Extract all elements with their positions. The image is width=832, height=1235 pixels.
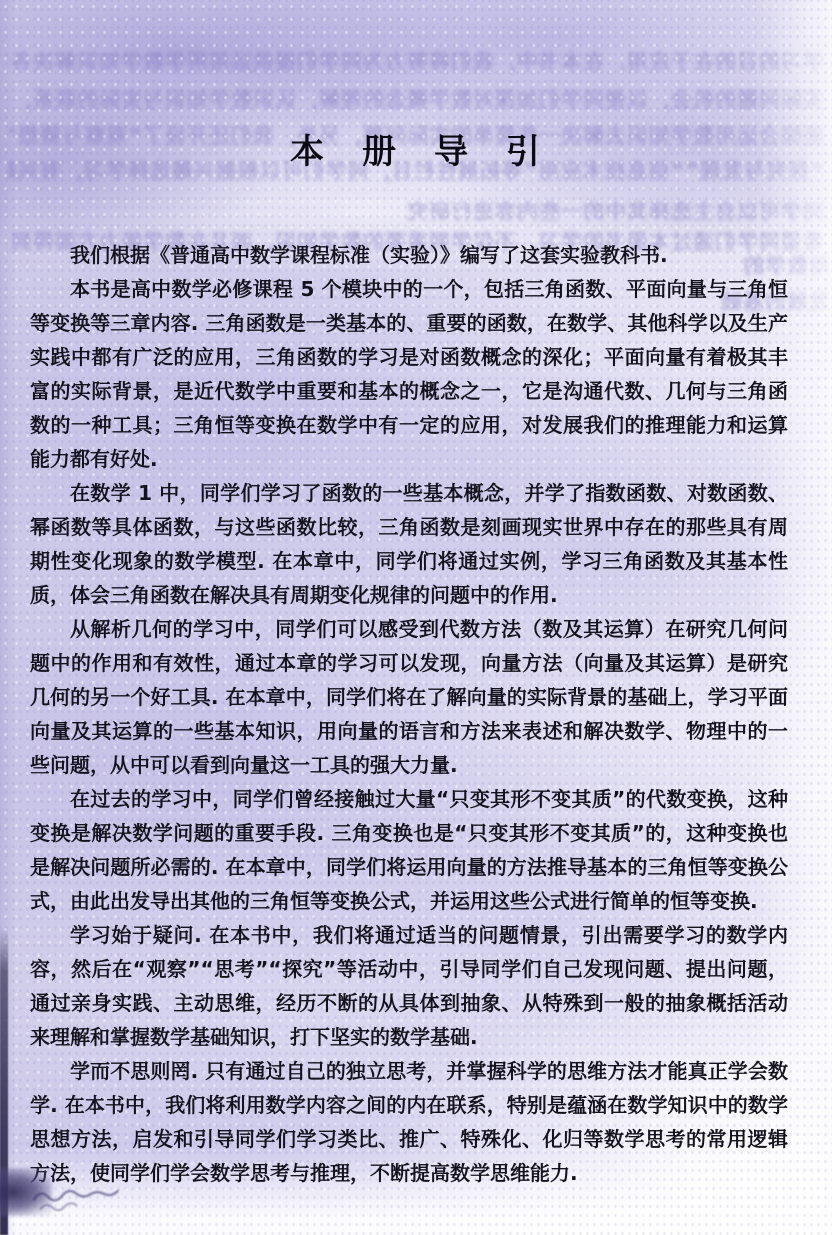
paragraph-identity-transformations: 在过去的学习中，同学们曾经接触过大量“只变其形不变其质”的代数变换，这种变换是解…: [30, 782, 788, 918]
paragraph-trigonometric-functions: 在数学 1 中，同学们学习了函数的一些基本概念，并学了指数函数、对数函数、幂函数…: [30, 476, 788, 612]
bleedthrough-text-line: 学习的目的在于应用．在本书中，我们将努力为同学们提供运用所学数学知识解决各种问题: [8, 46, 824, 76]
bleedthrough-text-line: 实际问题的机会，以便同学们加深对数学概念的理解，认识数学知识与实际的联系，并: [8, 84, 824, 114]
page-title: 本 册 导 引: [0, 124, 832, 173]
paragraph-plane-vectors: 从解析几何的学习中，同学们可以感受到代数方法（数及其运算）在研究几何问题中的作用…: [30, 612, 788, 782]
page-body: 我们根据《普通高中数学课程标准（实验）》编写了这套实验教科书. 本书是高中数学必…: [30, 238, 788, 1190]
bleedthrough-text-line: 同学可以自主选择其中的一些内容进行研究: [60, 196, 824, 226]
scanned-textbook-page: 学习的目的在于应用．在本书中，我们将努力为同学们提供运用所学数学知识解决各种问题…: [0, 0, 832, 1235]
paragraph-book-overview: 本书是高中数学必修课程 5 个模块中的一个，包括三角函数、平面向量与三角恒等变换…: [30, 272, 788, 476]
paragraph-learning-by-questioning: 学习始于疑问. 在本书中，我们将通过适当的问题情景，引出需要学习的数学内容，然后…: [30, 918, 788, 1054]
paragraph-thinking-methods: 学而不思则罔. 只有通过自己的独立思考，并掌握科学的思维方法才能真正学会数学. …: [30, 1054, 788, 1190]
paragraph-intro: 我们根据《普通高中数学课程标准（实验）》编写了这套实验教科书.: [30, 238, 788, 272]
